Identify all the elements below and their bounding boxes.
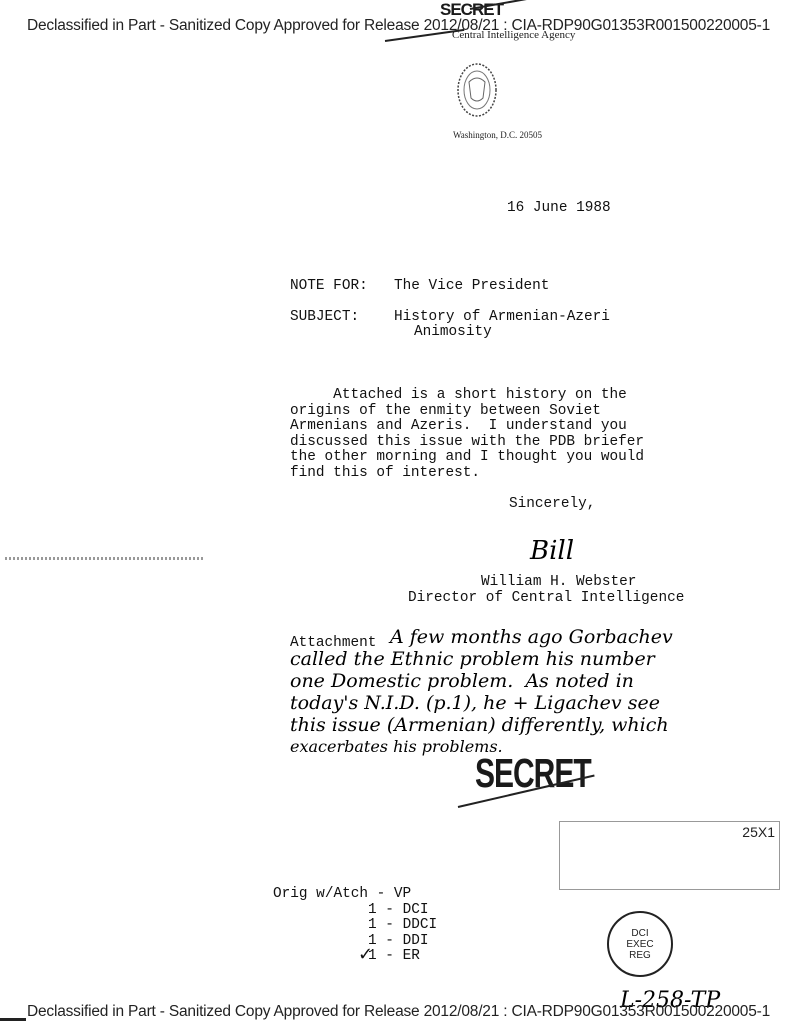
checkmark-icon: ✓: [358, 944, 373, 965]
signer-name: William H. Webster: [481, 575, 636, 591]
handwritten-line: today's N.I.D. (p.1), he + Ligachev see: [290, 692, 673, 714]
scan-edge: [0, 1018, 26, 1021]
distribution-row: 1 - DDI: [273, 934, 437, 950]
distribution-row: 1 - ER: [273, 949, 437, 965]
agency-address: Washington, D.C. 20505: [453, 130, 542, 140]
stamp-line: REG: [609, 950, 671, 961]
handwritten-line: this issue (Armenian) differently, which: [290, 714, 673, 736]
subject-line-2: Animosity: [414, 325, 492, 341]
handwritten-line: one Domestic problem. As noted in: [290, 670, 673, 692]
memo-date: 16 June 1988: [507, 201, 611, 217]
distribution-list: Orig w/Atch - VP 1 - DCI 1 - DDCI 1 - DD…: [273, 887, 437, 965]
exec-registry-stamp: DCI EXEC REG: [607, 911, 673, 977]
body-line: Attached is a short history on the: [290, 388, 644, 404]
note-for-label: NOTE FOR:: [290, 279, 368, 295]
stamp-line: EXEC: [609, 939, 671, 950]
memo-body: Attached is a short history on the origi…: [290, 388, 644, 481]
distribution-recipient: VP: [394, 886, 411, 902]
signature: Bill: [530, 540, 574, 562]
redaction-code: 25X1: [742, 824, 775, 840]
redaction-box: 25X1: [559, 821, 780, 890]
declassification-header: Declassified in Part - Sanitized Copy Ap…: [27, 17, 770, 35]
stamp-line: DCI: [609, 928, 671, 939]
signer-title: Director of Central Intelligence: [408, 591, 684, 607]
closing: Sincerely,: [509, 497, 595, 513]
distribution-count: Orig w/Atch: [273, 886, 368, 902]
body-line: find this of interest.: [290, 466, 644, 482]
body-line: discussed this issue with the PDB briefe…: [290, 435, 644, 451]
body-line: the other morning and I thought you woul…: [290, 450, 644, 466]
note-for-value: The Vice President: [394, 279, 549, 295]
distribution-recipient: DCI: [403, 902, 429, 918]
subject-label: SUBJECT:: [290, 310, 359, 326]
handwritten-note: A few months ago Gorbachev called the Et…: [290, 626, 673, 758]
distribution-recipient: ER: [403, 948, 420, 964]
handwritten-line: A few months ago Gorbachev: [290, 626, 673, 648]
distribution-row: 1 - DDCI: [273, 918, 437, 934]
distribution-count: 1: [368, 902, 377, 918]
scan-artifact: [5, 557, 205, 560]
cia-seal-icon: [455, 60, 499, 120]
distribution-row: Orig w/Atch - VP: [273, 887, 437, 903]
classification-stamp-bottom: SECRET: [475, 752, 591, 798]
distribution-recipient: DDI: [403, 933, 429, 949]
agency-name: Central Intelligence Agency: [452, 29, 575, 41]
body-line: Armenians and Azeris. I understand you: [290, 419, 644, 435]
distribution-count: 1: [368, 917, 377, 933]
body-line: origins of the enmity between Soviet: [290, 404, 644, 420]
distribution-recipient: DDCI: [403, 917, 438, 933]
declassification-footer: Declassified in Part - Sanitized Copy Ap…: [27, 1003, 770, 1021]
handwritten-line: called the Ethnic problem his number: [290, 648, 673, 670]
distribution-row: 1 - DCI: [273, 903, 437, 919]
